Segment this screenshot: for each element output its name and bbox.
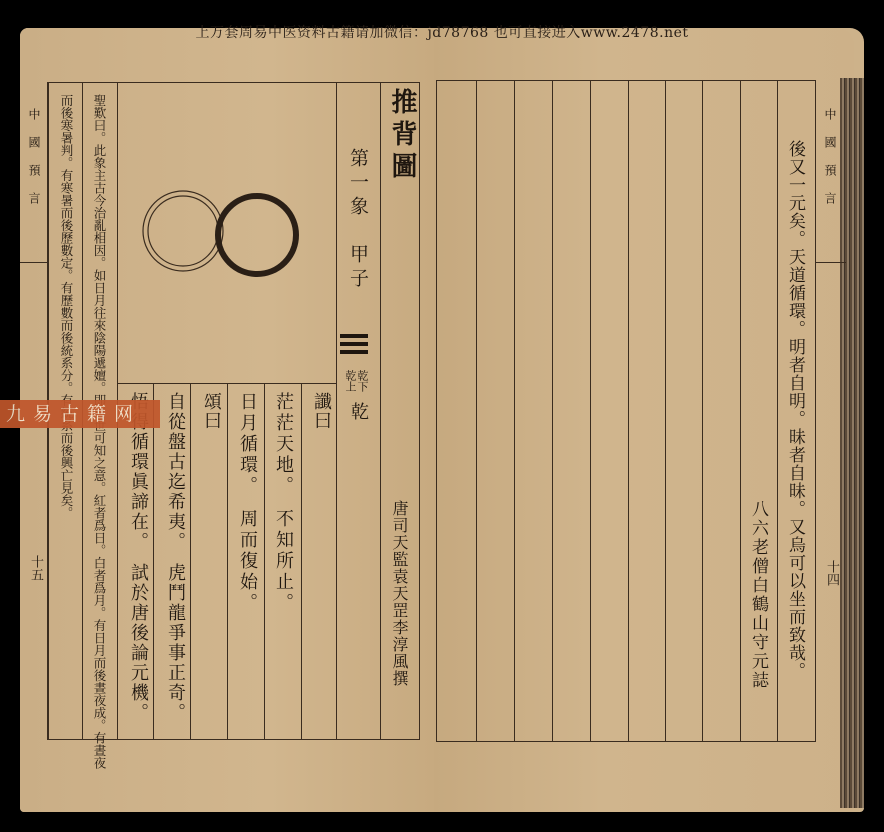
- column-rule: [190, 383, 191, 740]
- chen-heading: 讖曰: [308, 392, 334, 430]
- column-rule: [665, 80, 666, 742]
- hexagram-name: 乾: [345, 402, 371, 421]
- column-rule: [476, 80, 477, 742]
- book-title: 推背圖: [384, 88, 421, 184]
- sun-circle: [218, 196, 296, 274]
- right-margin-header: 中國預言: [822, 108, 839, 220]
- left-margin-header: 中國預言: [26, 108, 43, 220]
- song-heading: 頌曰: [198, 392, 224, 430]
- column-rule: [336, 82, 337, 740]
- right-body-text: 後又一元矣。天道循環。明者自明。昧者自昧。又烏可以坐而致哉。: [783, 140, 808, 680]
- site-logo-banner: 九易古籍网: [0, 400, 160, 428]
- moon-circle-inner: [148, 196, 218, 266]
- column-rule: [514, 80, 515, 742]
- trigram-upper: 乾上: [342, 370, 358, 392]
- page-edges: [840, 78, 864, 808]
- column-rule: [153, 383, 154, 740]
- left-page-number: 十五: [26, 555, 45, 581]
- moon-circle-outer: [143, 191, 223, 271]
- column-rule: [264, 383, 265, 740]
- margin-divider: [816, 262, 846, 263]
- watermark-text: 上万套周易中医资料古籍请加微信：jd78768 也可直接进入www.2478.n…: [0, 22, 884, 42]
- right-page-number: 十四: [822, 560, 841, 586]
- column-rule: [552, 80, 553, 742]
- column-rule: [590, 80, 591, 742]
- chen-line-2: 日月循環。 周而復始。: [234, 392, 260, 614]
- author-line: 唐司天監袁天罡李淳風撰: [388, 500, 411, 687]
- column-rule: [702, 80, 703, 742]
- column-rule: [740, 80, 741, 742]
- sun-moon-figure: [140, 186, 310, 286]
- column-rule: [380, 82, 381, 740]
- column-rule: [628, 80, 629, 742]
- song-line-1: 自從盤古迄希夷。 虎鬥龍爭事正奇。: [162, 392, 188, 723]
- song-line-2: 悟得循環眞諦在。 試於唐後論元機。: [125, 392, 151, 723]
- commentary-column-2: 而後寒暑判。有寒暑而後歷數定。有歷數而後統系分。有統系而後興亡見矣。: [57, 94, 75, 519]
- signature: 八六老僧白鶴山守元誌: [746, 500, 771, 690]
- column-rule: [777, 80, 778, 742]
- figure-label: 第一象 甲子: [345, 148, 372, 292]
- column-rule: [301, 383, 302, 740]
- margin-divider: [20, 262, 48, 263]
- chen-line-1: 茫茫天地。 不知所止。: [270, 392, 296, 614]
- column-rule: [227, 383, 228, 740]
